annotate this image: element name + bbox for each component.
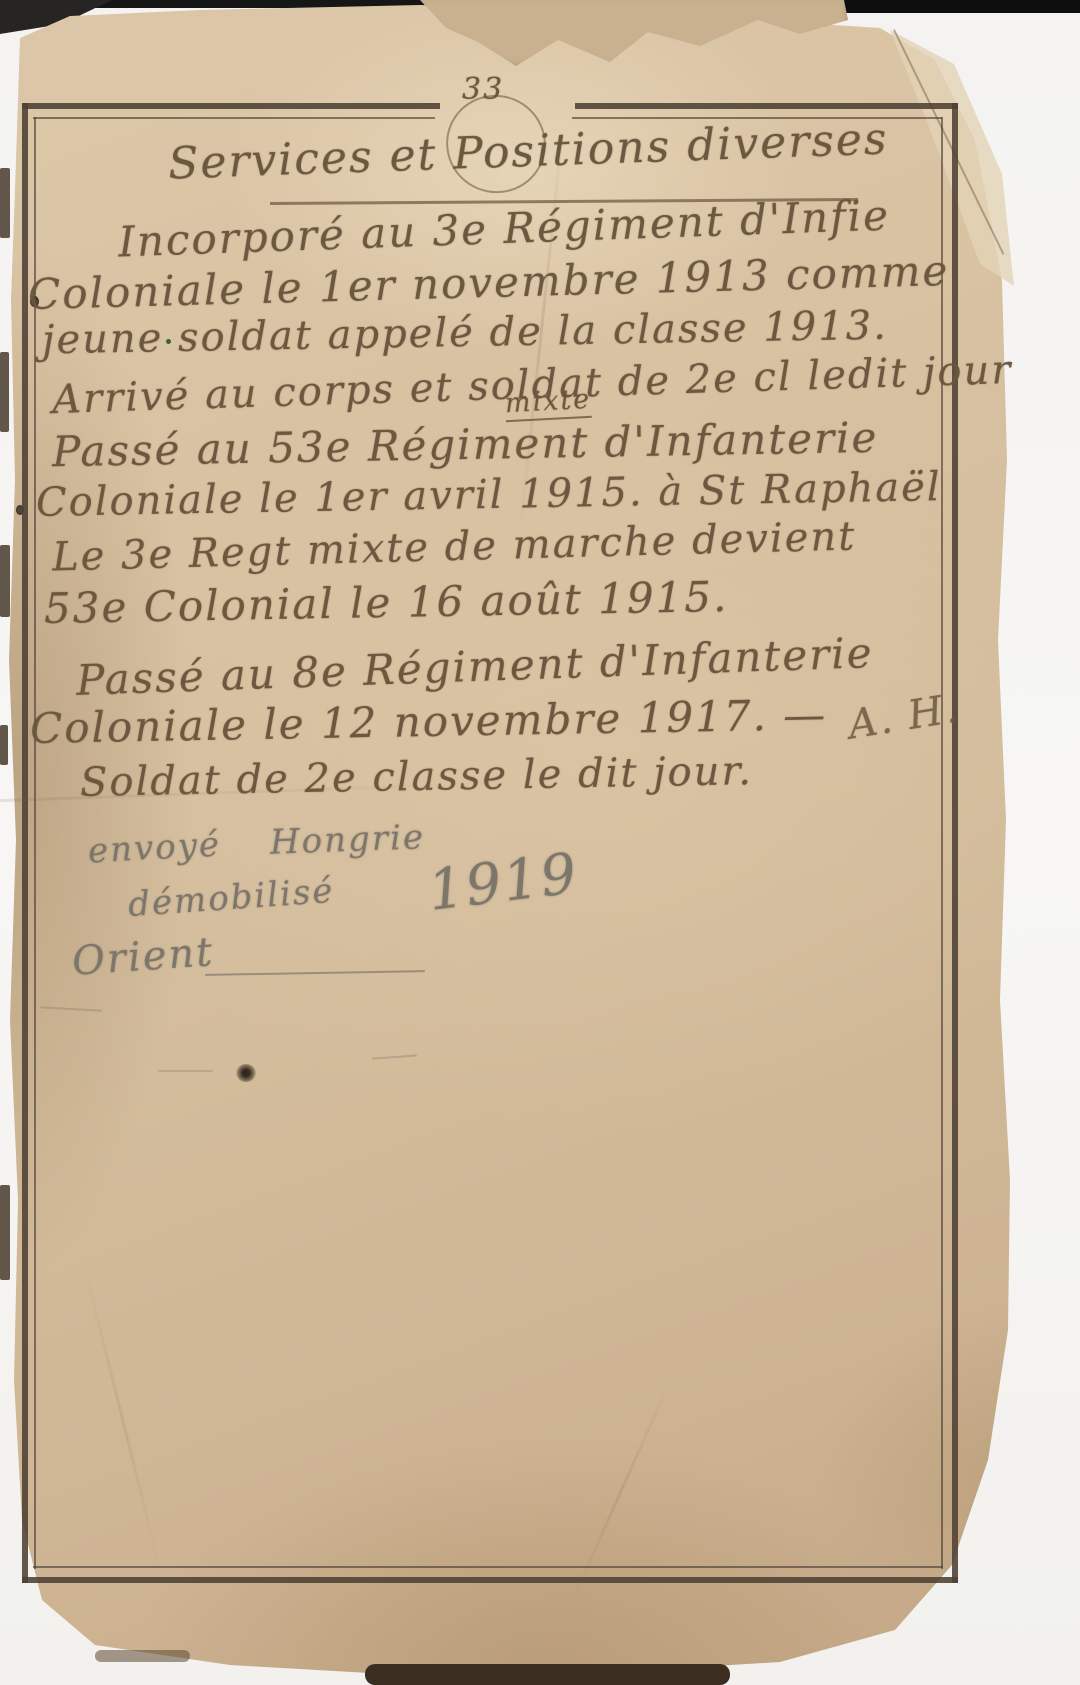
frame-bottom-inner-rule — [33, 1566, 943, 1568]
binding-stitch — [0, 545, 10, 617]
frame-top-rule — [22, 103, 440, 109]
scanned-document: 33 Services et Positions diverses Incorp… — [0, 0, 1080, 1685]
frame-bottom-rule — [22, 1577, 958, 1583]
pencil-line-hongrie: Hongrie — [269, 817, 425, 862]
cover-edge — [95, 1650, 190, 1662]
ink-speck — [166, 339, 171, 344]
frame-left-rule — [22, 103, 28, 1583]
pencil-dash — [158, 1070, 213, 1072]
binding-stitch — [0, 352, 9, 432]
pencil-line-envoye: envoyé — [87, 825, 222, 872]
frame-right-rule — [952, 103, 958, 1583]
ink-blot — [236, 1064, 256, 1082]
frame-right-inner-rule — [941, 117, 943, 1569]
cover-edge — [365, 1664, 730, 1685]
binding-stitch — [0, 1185, 10, 1280]
ink-insert-mixte: mixte — [504, 384, 592, 422]
binding-stitch — [0, 725, 8, 765]
frame-top-rule — [575, 103, 958, 109]
frame-left-inner-rule — [34, 117, 36, 1569]
frame-top-inner-rule — [33, 117, 435, 119]
binding-stitch — [0, 168, 10, 238]
